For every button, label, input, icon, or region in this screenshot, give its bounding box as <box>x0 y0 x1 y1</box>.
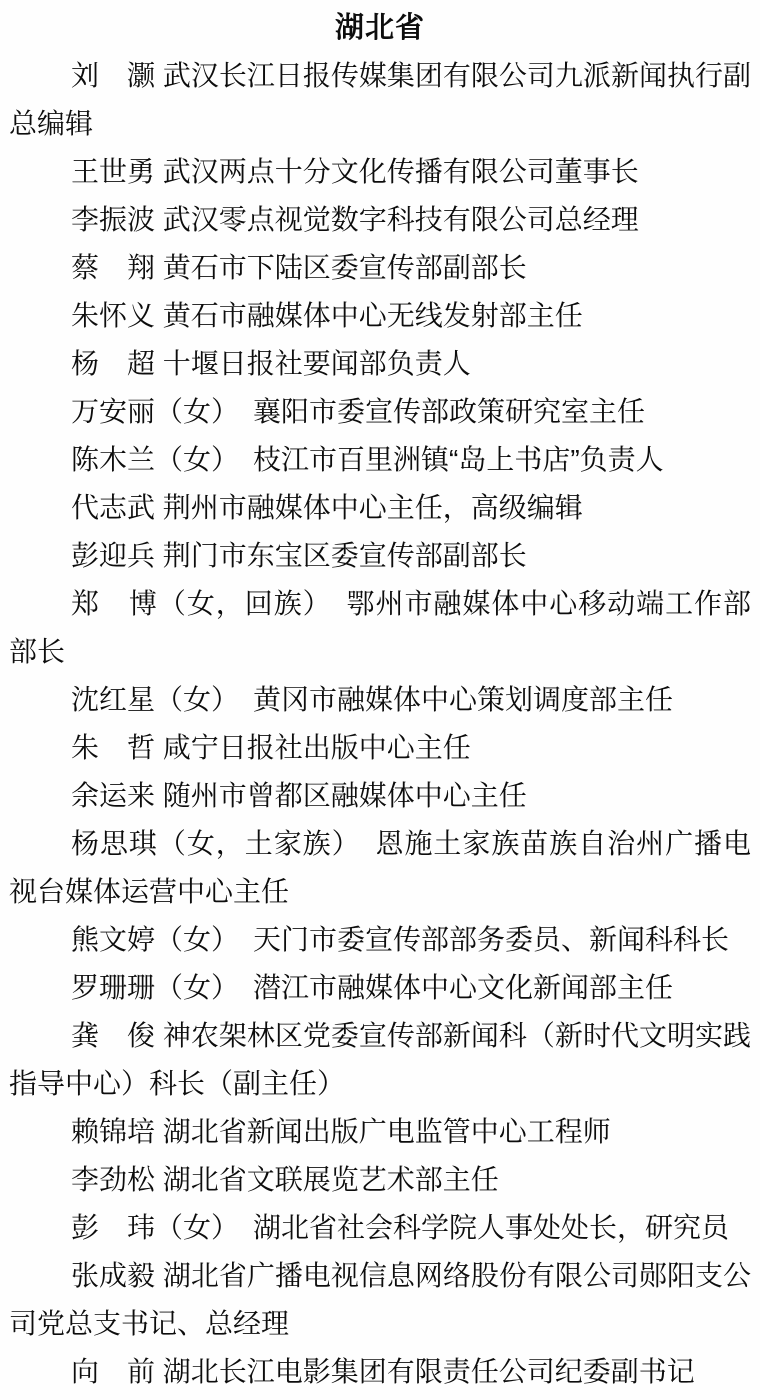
award-entry: 代志武 荆州市融媒体中心主任，高级编辑 <box>9 484 751 532</box>
award-entry: 杨 超 十堰日报社要闻部负责人 <box>9 340 751 388</box>
document-page: { "style": { "background": "#fefefe", "t… <box>0 0 760 1400</box>
award-entry: 沈红星（女） 黄冈市融媒体中心策划调度部主任 <box>9 676 751 724</box>
award-entry: 蔡 翔 黄石市下陆区委宣传部副部长 <box>9 244 751 292</box>
award-entry: 赖锦培 湖北省新闻出版广电监管中心工程师 <box>9 1108 751 1156</box>
award-entry: 罗珊珊（女） 潜江市融媒体中心文化新闻部主任 <box>9 964 751 1012</box>
award-entry: 朱 哲 咸宁日报社出版中心主任 <box>9 724 751 772</box>
award-entry: 余运来 随州市曾都区融媒体中心主任 <box>9 772 751 820</box>
award-entry: 龚 俊 神农架林区党委宣传部新闻科（新时代文明实践指导中心）科长（副主任） <box>9 1012 751 1108</box>
award-entry: 彭 玮（女） 湖北省社会科学院人事处处长，研究员 <box>9 1204 751 1252</box>
award-entry: 王世勇 武汉两点十分文化传播有限公司董事长 <box>9 148 751 196</box>
page: 湖北省 刘 灏 武汉长江日报传媒集团有限公司九派新闻执行副总编辑王世勇 武汉两点… <box>0 0 760 1400</box>
award-entry: 刘 灏 武汉长江日报传媒集团有限公司九派新闻执行副总编辑 <box>9 52 751 148</box>
award-entry: 彭迎兵 荆门市东宝区委宣传部副部长 <box>9 532 751 580</box>
award-entry: 李劲松 湖北省文联展览艺术部主任 <box>9 1156 751 1204</box>
award-entry: 熊文婷（女） 天门市委宣传部部务委员、新闻科科长 <box>9 916 751 964</box>
award-entry: 杨思琪（女，土家族） 恩施土家族苗族自治州广播电视台媒体运营中心主任 <box>9 820 751 916</box>
award-entry: 万安丽（女） 襄阳市委宣传部政策研究室主任 <box>9 388 751 436</box>
award-entry: 陈木兰（女） 枝江市百里洲镇“岛上书店”负责人 <box>9 436 751 484</box>
award-entry: 郑 博（女，回族） 鄂州市融媒体中心移动端工作部部长 <box>9 580 751 676</box>
award-entry: 张成毅 湖北省广播电视信息网络股份有限公司郧阳支公司党总支书记、总经理 <box>9 1252 751 1348</box>
entry-list: 刘 灏 武汉长江日报传媒集团有限公司九派新闻执行副总编辑王世勇 武汉两点十分文化… <box>9 52 751 1396</box>
page-title: 湖北省 <box>9 4 751 52</box>
award-entry: 朱怀义 黄石市融媒体中心无线发射部主任 <box>9 292 751 340</box>
award-entry: 向 前 湖北长江电影集团有限责任公司纪委副书记 <box>9 1348 751 1396</box>
award-entry: 李振波 武汉零点视觉数字科技有限公司总经理 <box>9 196 751 244</box>
